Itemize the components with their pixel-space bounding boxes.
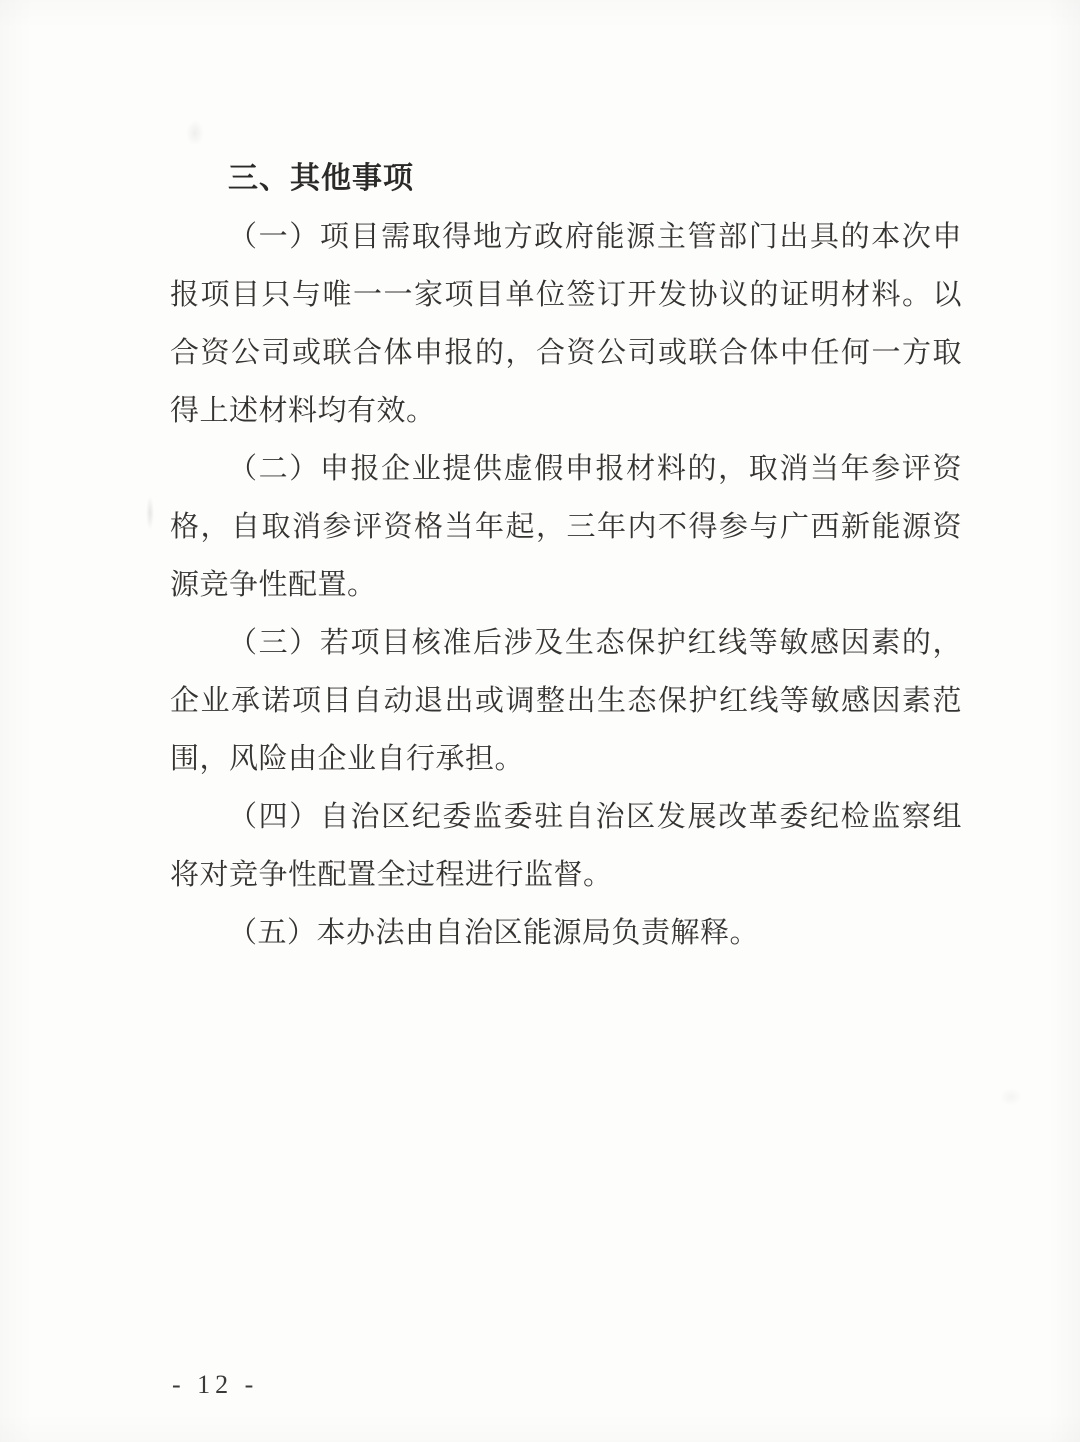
paragraph-clause-2: （二）申报企业提供虚假申报材料的，取消当年参评资格，自取消参评资格当年起，三年内… bbox=[170, 440, 962, 614]
document-page: 三、其他事项 （一）项目需取得地方政府能源主管部门出具的本次申报项目只与唯一一家… bbox=[0, 0, 1080, 1442]
scan-smudge bbox=[146, 496, 154, 530]
document-content: 三、其他事项 （一）项目需取得地方政府能源主管部门出具的本次申报项目只与唯一一家… bbox=[170, 150, 962, 962]
paragraph-clause-1: （一）项目需取得地方政府能源主管部门出具的本次申报项目只与唯一一家项目单位签订开… bbox=[170, 208, 962, 440]
page-number: - 12 - bbox=[172, 1368, 258, 1402]
paragraph-clause-3: （三）若项目核准后涉及生态保护红线等敏感因素的，企业承诺项目自动退出或调整出生态… bbox=[170, 614, 962, 788]
section-heading: 三、其他事项 bbox=[170, 150, 962, 208]
paragraph-clause-5: （五）本办法由自治区能源局负责解释。 bbox=[170, 904, 962, 962]
paragraph-clause-4: （四）自治区纪委监委驻自治区发展改革委纪检监察组将对竞争性配置全过程进行监督。 bbox=[170, 788, 962, 904]
scan-smudge bbox=[186, 120, 204, 146]
scan-smudge bbox=[1000, 1088, 1022, 1106]
